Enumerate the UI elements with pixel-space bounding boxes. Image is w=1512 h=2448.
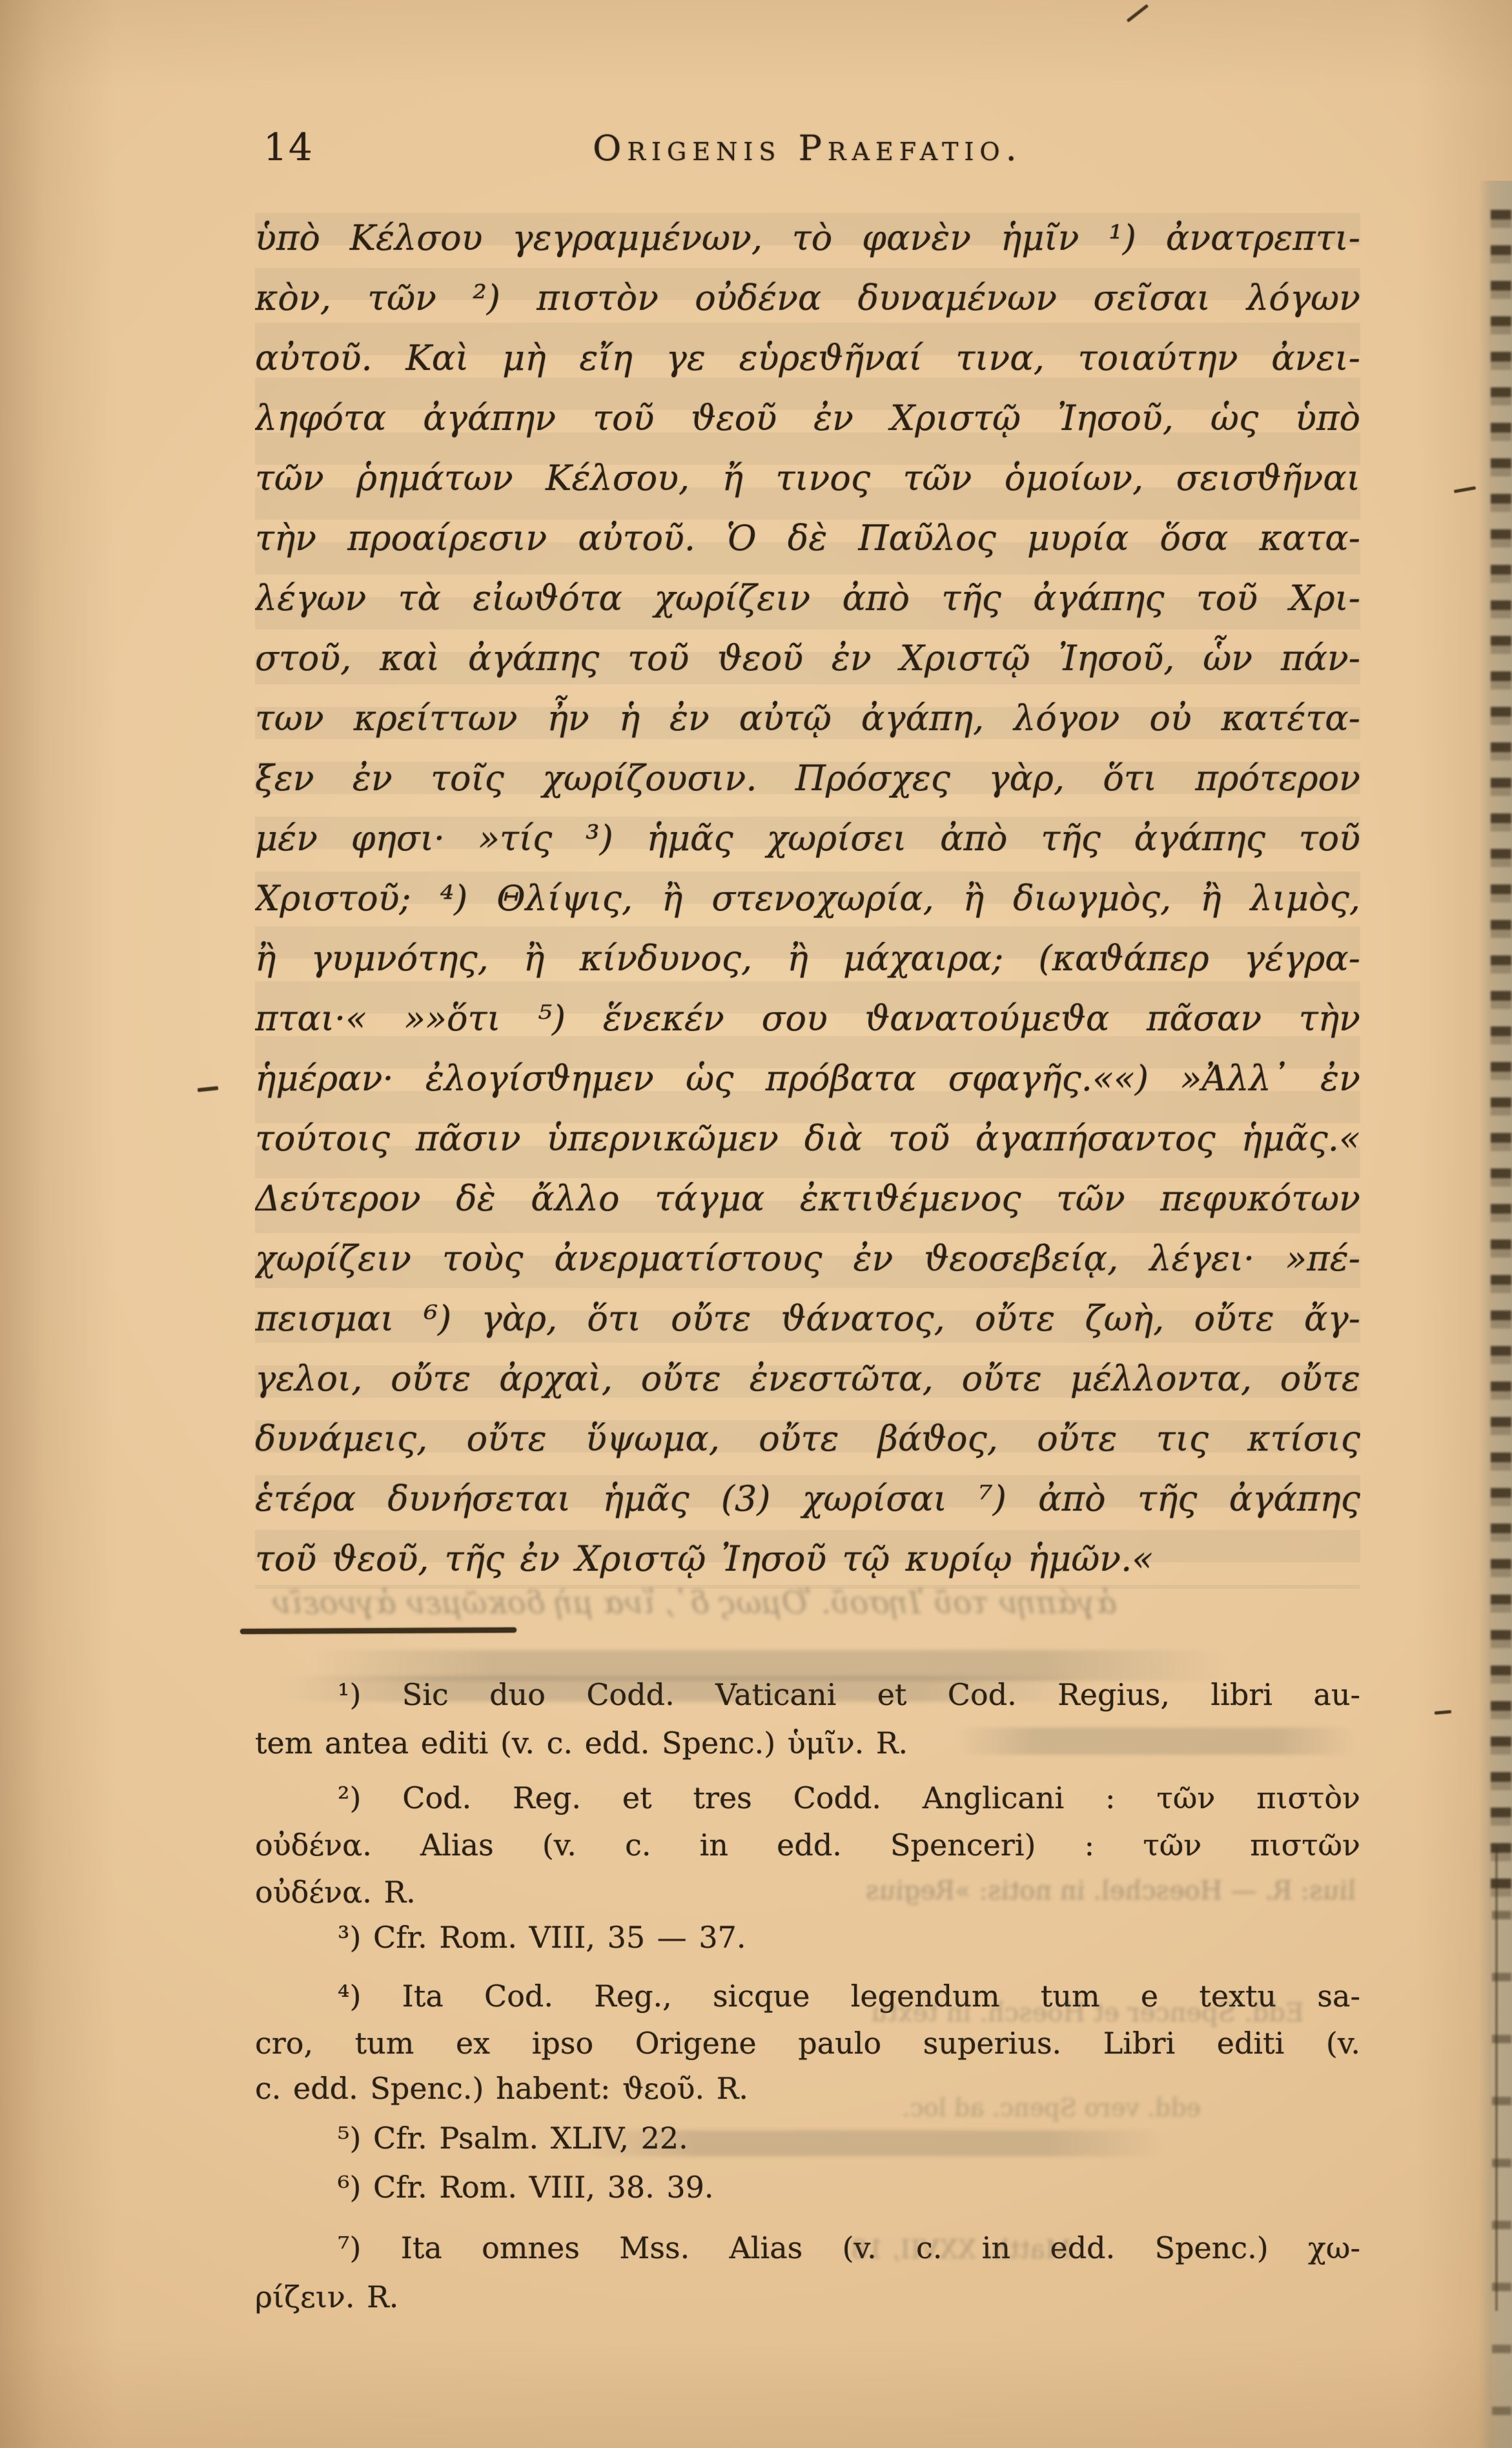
greek-text-line: κὸν, τῶν ²) πιστὸν οὐδένα δυναμένων σεῖσ… [255,268,1360,328]
greek-text-line: τὴν προαίρεσιν αὐτοῦ. Ὁ δὲ Παῦλος μυρία … [255,508,1360,568]
greek-text-block: ὑπὸ Κέλσου γεγραμμένων, τὸ φανὲν ἡμῖν ¹)… [255,208,1360,1589]
greek-text-line: τῶν ῥημάτων Κέλσου, ἤ τινος τῶν ὁμοίων, … [255,448,1360,508]
greek-text-line: χωρίζειν τοὺς ἀνερματίστους ἐν ϑεοσεβείᾳ… [255,1229,1360,1289]
greek-text-line: ἡμέραν· ἐλογίσϑημεν ὡς πρόβατα σφαγῆς.««… [255,1048,1360,1108]
greek-text-line: δυνάμεις, οὔτε ὕψωμα, οὔτε βάϑος, οὔτε τ… [255,1409,1360,1469]
greek-text-line: των κρείττων ἦν ἡ ἐν αὐτῷ ἀγάπη, λόγον ο… [255,688,1360,748]
ink-speck [1435,1710,1451,1715]
greek-text-line: ἢ γυμνότης, ἢ κίνδυνος, ἢ μάχαιρα; (καϑά… [255,928,1360,988]
greek-text-line: ὑπὸ Κέλσου γεγραμμένων, τὸ φανὲν ἡμῖν ¹)… [255,208,1360,268]
page-edge-crease [1495,1846,1498,2311]
footnote-line: οὐδένα. Alias (v. c. in edd. Spenceri) :… [255,1821,1360,1870]
greek-text-line: πεισμαι ⁶) γὰρ, ὅτι οὔτε ϑάνατος, οὔτε ζ… [255,1289,1360,1349]
greek-text-line: πται·« »»ὅτι ⁵) ἕνεκέν σου ϑανατούμεϑα π… [255,988,1360,1048]
greek-text-line: γελοι, οὔτε ἀρχαὶ, οὔτε ἐνεστῶτα, οὔτε μ… [255,1349,1360,1409]
footnote-line: ⁴) Ita Cod. Reg., sicque legendum tum e … [255,1972,1360,2021]
footnote-line: ²) Cod. Reg. et tres Codd. Anglicani : τ… [255,1774,1360,1822]
greek-text-line: Χριστοῦ; ⁴) Θλίψις, ἢ στενοχωρία, ἢ διωγ… [255,868,1360,928]
greek-text-line: τοῦ ϑεοῦ, τῆς ἐν Χριστῷ Ἰησοῦ τῷ κυρίῳ ἡ… [255,1529,1360,1589]
footnote-separator-rule [240,1627,516,1634]
footnote-line: ⁷) Ita omnes Mss. Alias (v. c. in edd. S… [255,2224,1360,2272]
greek-text-line: ξεν ἐν τοῖς χωρίζουσιν. Πρόσχες γὰρ, ὅτι… [255,748,1360,808]
footnote-line: c. edd. Spenc.) habent: ϑεοῦ. R. [255,2065,1360,2113]
greek-text-line: αὐτοῦ. Καὶ μὴ εἴη γε εὑρεϑῆναί τινα, τοι… [255,328,1360,388]
greek-text-line: ληφότα ἀγάπην τοῦ ϑεοῦ ἐν Χριστῷ Ἰησοῦ, … [255,388,1360,448]
greek-text-line: μέν φησι· »τίς ³) ἡμᾶς χωρίσει ἀπὸ τῆς ἀ… [255,808,1360,868]
footnote-line: cro, tum ex ipso Origene paulo superius.… [255,2019,1360,2068]
greek-text-line: στοῦ, καὶ ἀγάπης τοῦ ϑεοῦ ἐν Χριστῷ Ἰησο… [255,628,1360,688]
running-title: Origenis Praefatio. [255,129,1360,168]
ink-speck [198,1086,218,1092]
footnote-line: ⁶) Cfr. Rom. VIII, 38. 39. [255,2163,1360,2212]
ink-speck [1127,4,1149,23]
footnote-line: ¹) Sic duo Codd. Vaticani et Cod. Regius… [255,1671,1360,1719]
facing-page-text-marks [1491,210,1511,1901]
scanned-book-page: 14 Origenis Praefatio. ὑπὸ Κέλσου γεγραμ… [0,0,1512,2448]
footnote-line: οὐδένα. R. [255,1868,1360,1917]
footnote-line: ³) Cfr. Rom. VIII, 35 — 37. [255,1913,1360,1962]
greek-text-line: Δεύτερον δὲ ἄλλο τάγμα ἐκτιϑέμενος τῶν π… [255,1168,1360,1229]
footnote-line: tem antea editi (v. c. edd. Spenc.) ὑμῖν… [255,1719,1360,1768]
ink-speck [1454,486,1476,493]
greek-text-line: τούτοις πᾶσιν ὑπερνικῶμεν διὰ τοῦ ἀγαπήσ… [255,1108,1360,1168]
footnote-line: ⁵) Cfr. Psalm. XLIV, 22. [255,2114,1360,2163]
greek-text-line: ἑτέρα δυνήσεται ἡμᾶς (3) χωρίσαι ⁷) ἀπὸ … [255,1469,1360,1529]
footnote-line: ρίζειν. R. [255,2273,1360,2321]
greek-text-line: λέγων τὰ εἰωϑότα χωρίζειν ἀπὸ τῆς ἀγάπης… [255,568,1360,628]
